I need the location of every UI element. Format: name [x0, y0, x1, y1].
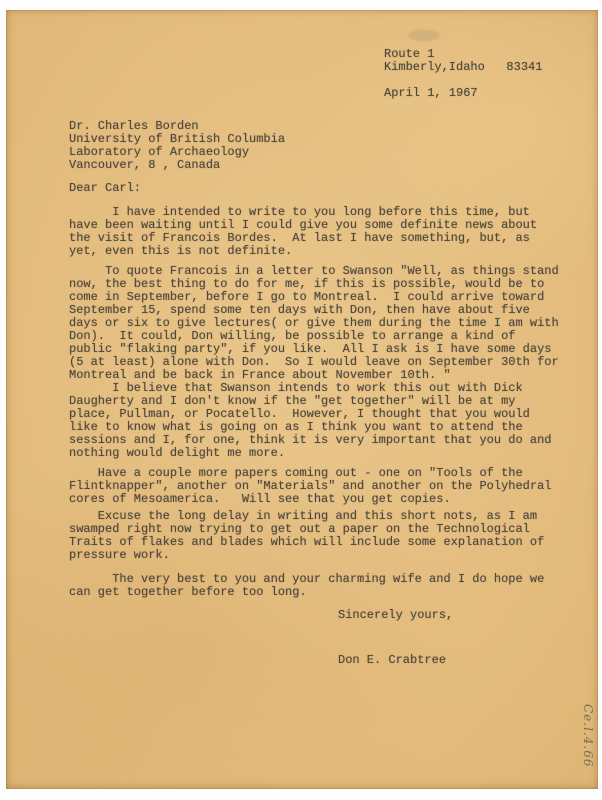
scanned-letter-page: Route 1 Kimberly,Idaho 83341 April 1, 19…: [0, 0, 602, 800]
closing-line: Sincerely yours,: [338, 609, 453, 622]
body-paragraph-3: I believe that Swanson intends to work t…: [69, 382, 551, 460]
body-paragraph-4: Have a couple more papers coming out - o…: [69, 467, 551, 506]
recipient-address: Dr. Charles Borden University of British…: [69, 120, 285, 172]
body-paragraph-5: Excuse the long delay in writing and thi…: [69, 510, 544, 562]
return-address: Route 1 Kimberly,Idaho 83341: [384, 48, 542, 74]
body-paragraph-6: The very best to you and your charming w…: [69, 573, 544, 599]
body-paragraph-1: I have intended to write to you long bef…: [69, 206, 537, 258]
letter-paper: Route 1 Kimberly,Idaho 83341 April 1, 19…: [6, 10, 598, 789]
pencil-smudge-mark: [408, 30, 440, 41]
body-paragraph-2: To quote Francois in a letter to Swanson…: [69, 265, 559, 382]
letter-date: April 1, 1967: [384, 87, 478, 100]
salutation: Dear Carl:: [69, 182, 141, 195]
signature-name: Don E. Crabtree: [338, 654, 446, 667]
archival-annotation: Ce.l.4.66: [580, 704, 596, 794]
